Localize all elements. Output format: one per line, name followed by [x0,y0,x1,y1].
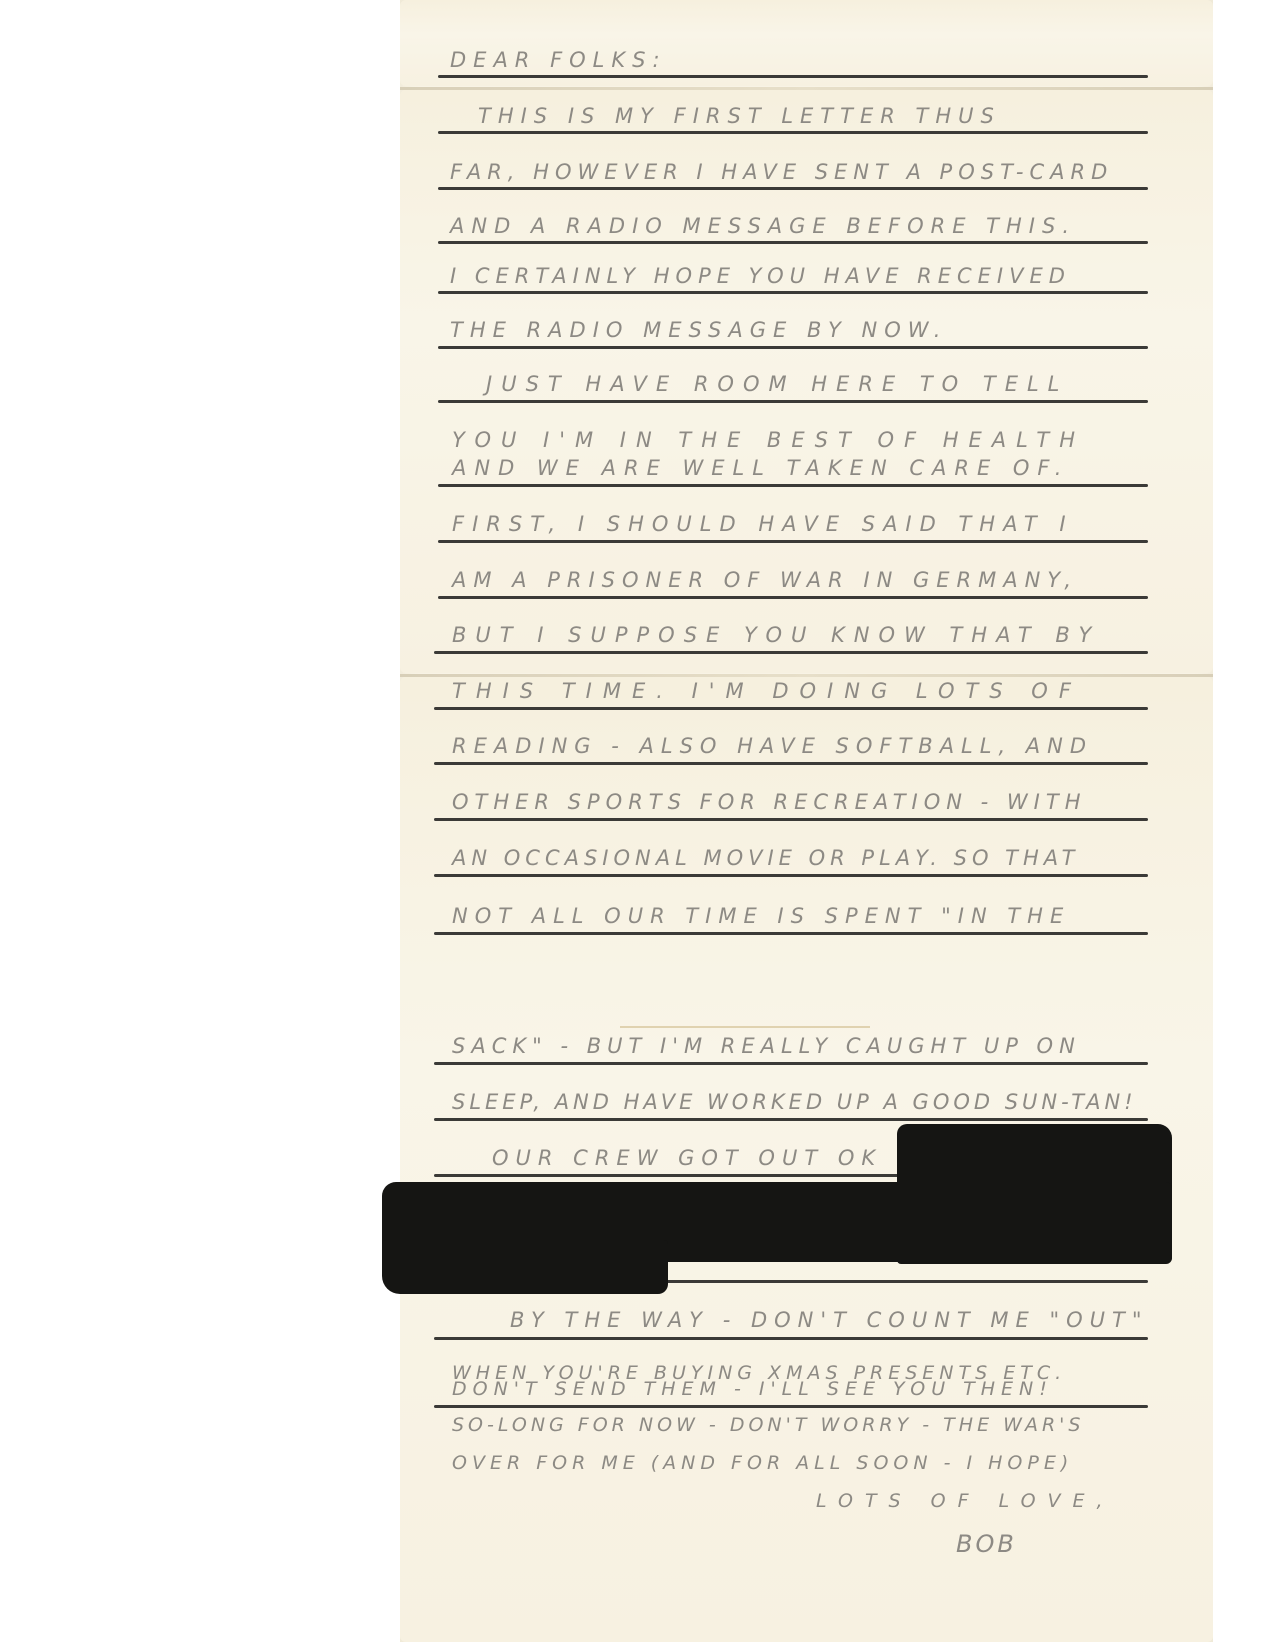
letter-paper: DEAR FOLKS: THIS IS MY FIRST LETTER THUS… [400,0,1213,1642]
ruled-line [438,75,1148,78]
ruled-line [434,1118,1148,1121]
letter-line: FAR, HOWEVER I HAVE SENT A POST-CARD [450,160,1113,184]
signature: BOB [956,1530,1017,1558]
ruled-line [438,596,1148,599]
letter-line: JUST HAVE ROOM HERE TO TELL [486,372,1068,396]
ruled-line [434,1062,1148,1065]
paper-panel-top [400,0,1213,86]
letter-line: THIS TIME. I'M DOING LOTS OF [452,679,1082,703]
letter-line: OUR CREW GOT OUT OK [492,1146,882,1170]
letter-line: AND A RADIO MESSAGE BEFORE THIS. [450,214,1076,238]
ruled-line [434,818,1148,821]
ruled-line [434,707,1148,710]
ruled-line [438,131,1148,134]
paper-crease [620,1026,870,1028]
closing: LOTS OF LOVE, [816,1490,1115,1512]
redaction-block [382,1240,668,1294]
fold-line [400,87,1213,90]
ruled-line [434,651,1148,654]
fold-line [400,674,1213,677]
letter-line: AN OCCASIONAL MOVIE OR PLAY. SO THAT [452,846,1079,870]
ruled-line [434,874,1148,877]
letter-line: SO-LONG FOR NOW - DON'T WORRY - THE WAR'… [452,1414,1084,1436]
letter-line: SLEEP, AND HAVE WORKED UP A GOOD SUN-TAN… [452,1090,1137,1114]
ruled-line [438,346,1148,349]
ruled-line [434,932,1148,935]
letter-line: THE RADIO MESSAGE BY NOW. [450,318,947,342]
letter-line: SACK" - BUT I'M REALLY CAUGHT UP ON [452,1034,1081,1058]
ruled-line [438,291,1148,294]
ruled-line [438,400,1148,403]
letter-line: FIRST, I SHOULD HAVE SAID THAT I [452,512,1074,536]
letter-line: THIS IS MY FIRST LETTER THUS [478,104,1001,128]
ruled-line [434,1405,1148,1408]
letter-line: NOT ALL OUR TIME IS SPENT "IN THE [452,904,1070,928]
letter-line: YOU I'M IN THE BEST OF HEALTH [452,428,1085,452]
ruled-line [438,484,1148,487]
letter-line: AND WE ARE WELL TAKEN CARE OF. [452,456,1069,480]
ruled-line [438,540,1148,543]
letter-line: BUT I SUPPOSE YOU KNOW THAT BY [452,623,1100,647]
ruled-line [438,241,1148,244]
letter-line: OTHER SPORTS FOR RECREATION - WITH [452,790,1087,814]
salutation: DEAR FOLKS: [450,48,667,72]
ruled-line [434,762,1148,765]
letter-line: I CERTAINLY HOPE YOU HAVE RECEIVED [450,264,1071,288]
letter-line: AM A PRISONER OF WAR IN GERMANY, [452,568,1078,592]
ruled-line [438,187,1148,190]
letter-line: DON'T SEND THEM - I'LL SEE YOU THEN! [452,1378,1053,1400]
ruled-line [434,1337,1148,1340]
letter-line: OVER FOR ME (AND FOR ALL SOON - I HOPE) [452,1452,1073,1474]
letter-line: BY THE WAY - DON'T COUNT ME "OUT" [510,1308,1149,1332]
letter-line: READING - ALSO HAVE SOFTBALL, AND [452,734,1093,758]
